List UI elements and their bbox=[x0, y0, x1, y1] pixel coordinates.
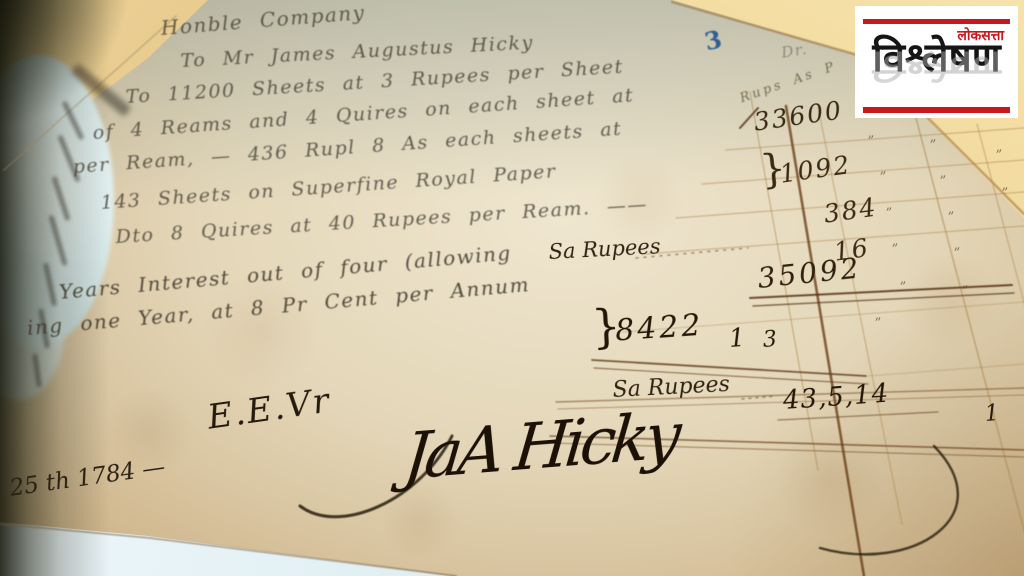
ledger-photo: Honble Company To Mr James Augustus Hick… bbox=[0, 0, 1024, 576]
ditto-mark: ” bbox=[885, 206, 893, 222]
ditto-mark: ” bbox=[947, 210, 955, 226]
ditto-mark: ” bbox=[929, 138, 937, 154]
ditto-mark: ” bbox=[1001, 186, 1009, 202]
interest-rupees: 8422 bbox=[614, 308, 705, 349]
ditto-mark: ” bbox=[995, 148, 1003, 164]
ditto-mark: ” bbox=[874, 316, 882, 332]
ditto-mark: ” bbox=[879, 170, 887, 186]
ditto-mark: ” bbox=[953, 246, 961, 262]
ditto-mark: ” bbox=[961, 284, 969, 300]
loksatta-logo: लोकसत्ता विश्लेषण विश्लेषण bbox=[855, 6, 1018, 118]
interest-annas: 1 bbox=[728, 323, 746, 353]
ditto-mark: ” bbox=[891, 242, 899, 258]
ditto-mark: ” bbox=[939, 174, 947, 190]
ditto-mark: ” bbox=[867, 134, 875, 150]
total-last-column: 1 bbox=[984, 401, 1000, 427]
logo-wordmark-reflection: विश्लेषण bbox=[855, 46, 1018, 80]
logo-top-bar bbox=[863, 19, 1010, 24]
logo-bottom-bar bbox=[863, 107, 1010, 113]
interest-pies: 3 bbox=[762, 327, 778, 353]
ditto-mark: ” bbox=[899, 280, 907, 296]
